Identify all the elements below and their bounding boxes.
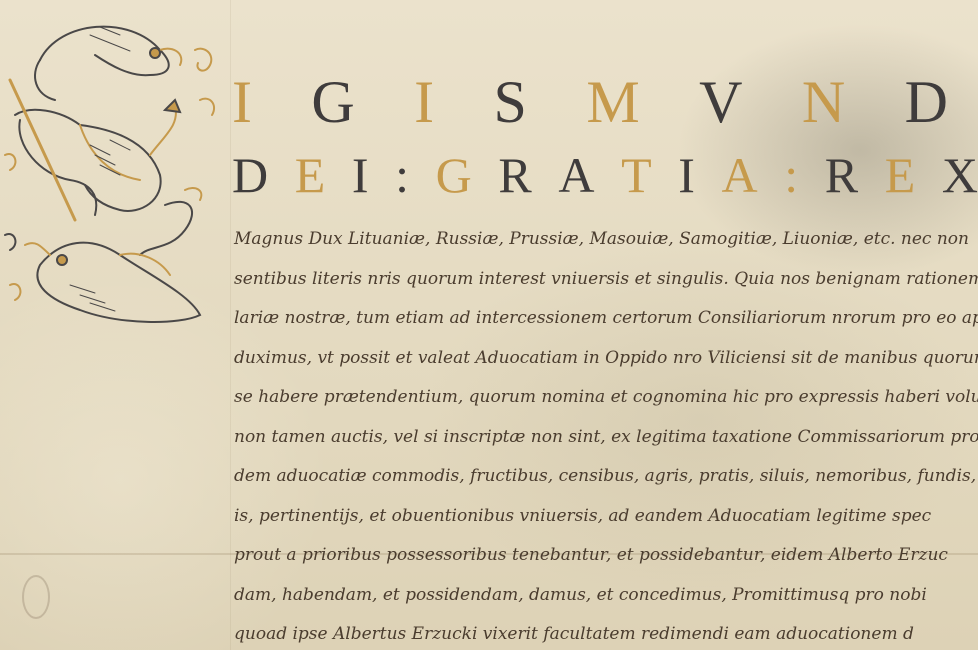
title-letter: G (311, 72, 354, 142)
title-line-sigismund: I G I S M V N D (232, 72, 978, 142)
title-letter: E (885, 150, 916, 210)
body-line-6: non tamen auctis, vel si inscriptæ non s… (234, 418, 978, 458)
body-line-4: duximus, vt possit et valeat Aduocatiam … (234, 339, 978, 379)
body-line-8: is, pertinentijs, et obuentionibus vniue… (234, 497, 978, 537)
ink-stain (22, 575, 50, 619)
title-letter: I (352, 150, 369, 210)
title-separator: : (784, 150, 798, 210)
title-letter: X (942, 150, 978, 210)
title-letter: R (825, 150, 858, 210)
title-letter: G (436, 150, 472, 210)
title-letter: S (494, 72, 527, 142)
title-letter: V (699, 72, 742, 142)
title-letter: A (558, 150, 594, 210)
title-letter: N (802, 72, 845, 142)
body-line-10: dam, habendam, et possidendam, damus, et… (234, 576, 978, 616)
body-line-1: Magnus Dux Lituaniæ, Russiæ, Prussiæ, Ma… (234, 220, 978, 260)
body-line-2: sentibus literis nris quorum interest vn… (234, 260, 978, 300)
title-separator: : (395, 150, 409, 210)
title-letter: D (232, 150, 268, 210)
title-letter: M (586, 72, 639, 142)
title-letter: I (232, 72, 252, 142)
title-letter: I (414, 72, 434, 142)
body-line-7: dem aduocatiæ commodis, fructibus, censi… (234, 457, 978, 497)
title-letter: I (678, 150, 695, 210)
title-letter: E (295, 150, 326, 210)
title-letter: R (498, 150, 531, 210)
title-letter: A (721, 150, 757, 210)
body-line-5: se habere prætendentium, quorum nomina e… (234, 378, 978, 418)
body-line-11: quoad ipse Albertus Erzucki vixerit facu… (234, 615, 978, 650)
body-line-3: lariæ nostræ, tum etiam ad intercessione… (234, 299, 978, 339)
title-letter: D (905, 72, 948, 142)
body-line-9: prout a prioribus possessoribus tenebant… (234, 536, 978, 576)
title-letter: T (621, 150, 652, 210)
title-line-dei-gratia-rex: D E I : G R A T I A : R E X (232, 150, 978, 210)
charter-body-text: Magnus Dux Lituaniæ, Russiæ, Prussiæ, Ma… (234, 220, 978, 650)
decorated-initial-s (0, 5, 232, 330)
